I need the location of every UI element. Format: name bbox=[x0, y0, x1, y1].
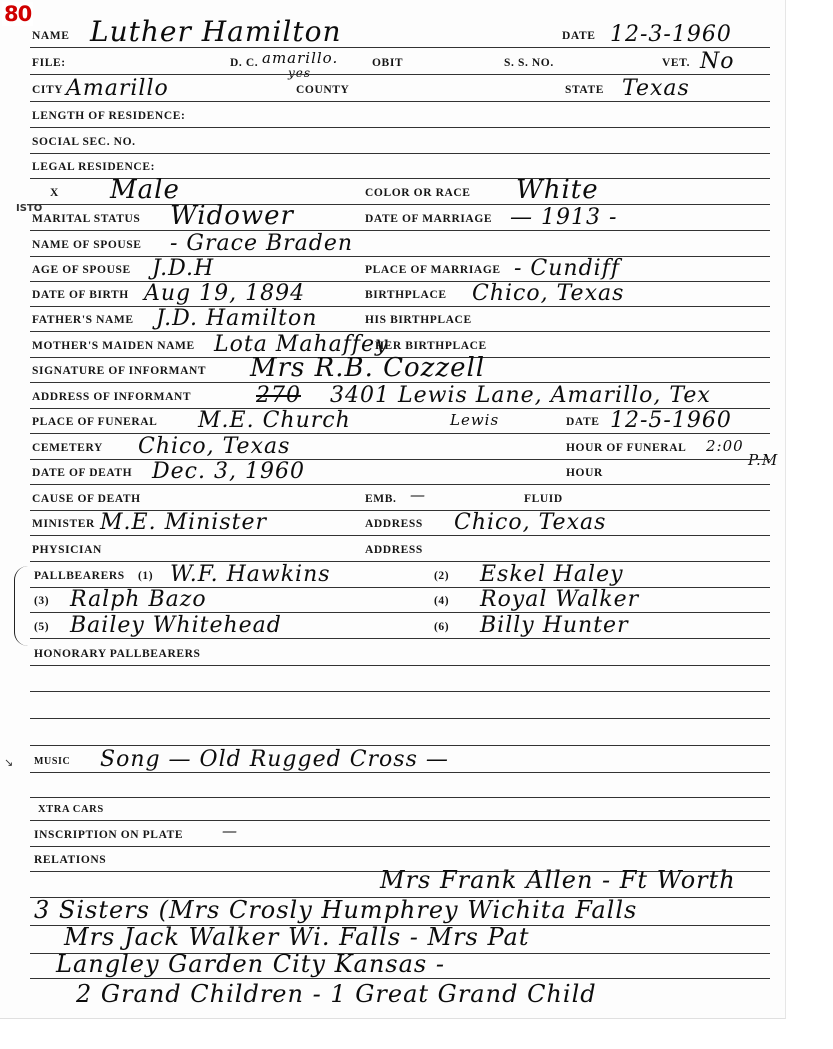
row-social-sec: SOCIAL SEC. NO. bbox=[30, 129, 770, 154]
funeral-date-label: DATE bbox=[566, 416, 600, 428]
row-name: NAME Luther Hamilton DATE 12-3-1960 bbox=[30, 23, 770, 48]
row-birth: DATE OF BIRTH Aug 19, 1894 BIRTHPLACE Ch… bbox=[30, 282, 770, 307]
divider bbox=[30, 561, 770, 562]
pallbearer-name: Ralph Bazo bbox=[70, 589, 207, 611]
marital-status-label: MARITAL STATUS bbox=[32, 213, 140, 225]
relations-text: 2 Grand Children - 1 Great Grand Child bbox=[76, 980, 597, 1008]
legal-residence-label: LEGAL RESIDENCE: bbox=[32, 161, 155, 173]
row-honorary-pallbearers: HONORARY PALLBEARERS bbox=[30, 641, 770, 666]
minister-label: MINISTER bbox=[32, 518, 95, 530]
row-extra-cars: XTRA CARS bbox=[30, 796, 770, 821]
city-value: Amarillo bbox=[66, 78, 169, 100]
divider bbox=[30, 74, 770, 75]
hour-label: HOUR bbox=[566, 467, 603, 479]
cause-of-death-label: CAUSE OF DEATH bbox=[32, 493, 141, 505]
spouse-name-value: - Grace Braden bbox=[170, 233, 353, 255]
sex-label: X bbox=[50, 187, 59, 199]
pallbearer-num: (1) bbox=[138, 570, 153, 582]
place-of-marriage-value: - Cundiff bbox=[514, 258, 620, 280]
county-label: COUNTY bbox=[296, 84, 349, 96]
pallbearer-num: (5) bbox=[34, 621, 49, 633]
pallbearers-brace bbox=[14, 566, 29, 646]
music-value: Song — Old Rugged Cross — bbox=[100, 749, 449, 771]
divider bbox=[30, 665, 770, 666]
divider bbox=[30, 230, 770, 231]
obit-label: OBIT bbox=[372, 57, 403, 69]
pallbearer-name: Eskel Haley bbox=[480, 564, 624, 586]
hour-of-funeral-value: 2:00 bbox=[706, 439, 744, 454]
pallbearer-num: (4) bbox=[434, 595, 449, 607]
relations-text: 3 Sisters (Mrs Crosly Humphrey Wichita F… bbox=[34, 896, 637, 924]
informant-address-value: 3401 Lewis Lane, Amarillo, Tex bbox=[330, 385, 711, 407]
pallbearer-name: Billy Hunter bbox=[480, 615, 629, 637]
relations-text: Mrs Jack Walker Wi. Falls - Mrs Pat bbox=[64, 923, 530, 951]
page-number: 80 bbox=[2, 2, 33, 26]
row-pallbearers-1: PALLBEARERS (1) W.F. Hawkins (2) Eskel H… bbox=[30, 563, 770, 588]
date-of-birth-label: DATE OF BIRTH bbox=[32, 289, 129, 301]
color-race-label: COLOR OR RACE bbox=[365, 187, 471, 199]
marital-status-value: Widower bbox=[170, 203, 294, 229]
extra-cars-label: XTRA CARS bbox=[38, 804, 104, 815]
informant-signature-label: SIGNATURE OF INFORMANT bbox=[32, 365, 206, 377]
date-value: 12-3-1960 bbox=[610, 24, 732, 46]
music-label: MUSIC bbox=[34, 756, 70, 767]
minister-value: M.E. Minister bbox=[100, 512, 267, 534]
row-pallbearers-3: (5) Bailey Whitehead (6) Billy Hunter bbox=[30, 614, 770, 639]
length-of-residence-label: LENGTH OF RESIDENCE: bbox=[32, 110, 185, 122]
row-cause: CAUSE OF DEATH EMB. — FLUID bbox=[30, 486, 770, 511]
ss-no-label: S. S. NO. bbox=[504, 57, 554, 69]
date-of-death-label: DATE OF DEATH bbox=[32, 467, 132, 479]
funeral-record-card: 80 NAME Luther Hamilton DATE 12-3-1960 F… bbox=[0, 0, 786, 1019]
informant-address-struck: 270 bbox=[256, 385, 301, 407]
row-inscription: INSCRIPTION ON PLATE — bbox=[30, 822, 770, 847]
divider bbox=[30, 47, 770, 48]
divider bbox=[30, 127, 770, 128]
sex-value: Male bbox=[110, 177, 180, 203]
father-name-label: FATHER'S NAME bbox=[32, 314, 134, 326]
date-of-marriage-label: DATE OF MARRIAGE bbox=[365, 213, 492, 225]
divider bbox=[30, 772, 770, 773]
informant-address-label: ADDRESS OF INFORMANT bbox=[32, 391, 191, 403]
row-informant-signature: SIGNATURE OF INFORMANT Mrs R.B. Cozzell bbox=[30, 358, 770, 383]
fluid-label: FLUID bbox=[524, 493, 563, 505]
row-cemetery: CEMETERY Chico, Texas HOUR OF FUNERAL 2:… bbox=[30, 435, 770, 460]
color-race-value: White bbox=[516, 177, 599, 203]
pallbearer-name: Bailey Whitehead bbox=[70, 615, 282, 637]
row-informant-address: ADDRESS OF INFORMANT 270 3401 Lewis Lane… bbox=[30, 384, 770, 409]
blank-line bbox=[30, 691, 770, 692]
dc-value: amarillo. bbox=[262, 51, 338, 66]
relations-text: Mrs Frank Allen - Ft Worth bbox=[380, 866, 736, 894]
birthplace-value: Chico, Texas bbox=[472, 283, 624, 305]
birthplace-label: BIRTHPLACE bbox=[365, 289, 447, 301]
honorary-pallbearers-label: HONORARY PALLBEARERS bbox=[34, 648, 201, 660]
informant-signature-value: Mrs R.B. Cozzell bbox=[250, 355, 485, 381]
physician-label: PHYSICIAN bbox=[32, 544, 102, 556]
divider bbox=[30, 484, 770, 485]
divider bbox=[30, 638, 770, 639]
state-label: STATE bbox=[565, 84, 604, 96]
row-physician: PHYSICIAN ADDRESS bbox=[30, 537, 770, 562]
funeral-date-value: 12-5-1960 bbox=[610, 410, 732, 432]
row-father: FATHER'S NAME J.D. Hamilton HIS BIRTHPLA… bbox=[30, 307, 770, 332]
pallbearer-num: (6) bbox=[434, 621, 449, 633]
inscription-value: — bbox=[222, 824, 238, 839]
date-label: DATE bbox=[562, 30, 596, 42]
row-sex: X Male COLOR OR RACE White bbox=[30, 180, 770, 205]
row-length-of-residence: LENGTH OF RESIDENCE: bbox=[30, 103, 770, 128]
place-of-funeral-value: M.E. Church bbox=[198, 410, 351, 432]
emb-value: — bbox=[410, 488, 426, 503]
divider bbox=[30, 204, 770, 205]
pallbearers-label: PALLBEARERS bbox=[34, 570, 125, 582]
row-minister: MINISTER M.E. Minister ADDRESS Chico, Te… bbox=[30, 511, 770, 536]
relations-text: Langley Garden City Kansas - bbox=[56, 950, 445, 978]
date-of-marriage-value: — 1913 - bbox=[510, 207, 617, 229]
mother-name-label: MOTHER'S MAIDEN NAME bbox=[32, 340, 195, 352]
state-value: Texas bbox=[622, 78, 690, 100]
hour-of-funeral-label: HOUR OF FUNERAL bbox=[566, 442, 686, 454]
relations-label: RELATIONS bbox=[34, 854, 106, 866]
pallbearer-num: (2) bbox=[434, 570, 449, 582]
name-value: Luther Hamilton bbox=[90, 18, 341, 46]
father-name-value: J.D. Hamilton bbox=[156, 308, 317, 330]
social-sec-label: SOCIAL SEC. NO. bbox=[32, 136, 136, 148]
spouse-age-value: J.D.H bbox=[152, 258, 214, 280]
minister-address-label: ADDRESS bbox=[365, 518, 423, 530]
place-of-marriage-label: PLACE OF MARRIAGE bbox=[365, 264, 501, 276]
row-spouse: NAME OF SPOUSE - Grace Braden bbox=[30, 232, 770, 257]
pallbearer-name: W.F. Hawkins bbox=[170, 564, 331, 586]
physician-address-label: ADDRESS bbox=[365, 544, 423, 556]
her-birthplace-label: HER BIRTHPLACE bbox=[375, 340, 487, 352]
divider bbox=[30, 331, 770, 332]
cemetery-label: CEMETERY bbox=[32, 442, 103, 454]
inscription-label: INSCRIPTION ON PLATE bbox=[34, 829, 183, 841]
name-label: NAME bbox=[32, 30, 70, 42]
vet-value: No bbox=[700, 51, 735, 73]
blank-line bbox=[30, 745, 770, 746]
row-death: DATE OF DEATH Dec. 3, 1960 HOUR bbox=[30, 460, 770, 485]
row-music: MUSIC Song — Old Rugged Cross — bbox=[30, 748, 770, 773]
pallbearer-name: Royal Walker bbox=[480, 589, 639, 611]
minister-address-value: Chico, Texas bbox=[454, 512, 606, 534]
divider bbox=[30, 101, 770, 102]
place-of-funeral-note: Lewis bbox=[450, 413, 499, 428]
row-spouse-age: AGE OF SPOUSE J.D.H PLACE OF MARRIAGE - … bbox=[30, 257, 770, 282]
spouse-age-label: AGE OF SPOUSE bbox=[32, 264, 131, 276]
pallbearer-num: (3) bbox=[34, 595, 49, 607]
row-marital: MARITAL STATUS Widower DATE OF MARRIAGE … bbox=[30, 206, 770, 231]
row-pallbearers-2: (3) Ralph Bazo (4) Royal Walker bbox=[30, 588, 770, 613]
margin-check-mark: ↘ bbox=[4, 756, 13, 769]
row-file: FILE: D. C. amarillo. yes OBIT S. S. NO.… bbox=[30, 50, 770, 75]
relations-line bbox=[30, 978, 770, 979]
date-of-death-value: Dec. 3, 1960 bbox=[152, 461, 305, 483]
cemetery-value: Chico, Texas bbox=[138, 436, 290, 458]
blank-line bbox=[30, 718, 770, 719]
spouse-name-label: NAME OF SPOUSE bbox=[32, 239, 142, 251]
his-birthplace-label: HIS BIRTHPLACE bbox=[365, 314, 472, 326]
divider bbox=[30, 535, 770, 536]
file-label: FILE: bbox=[32, 57, 66, 69]
date-of-birth-value: Aug 19, 1894 bbox=[144, 283, 305, 305]
emb-label: EMB. bbox=[365, 493, 396, 505]
divider bbox=[30, 820, 770, 821]
city-label: CITY bbox=[32, 84, 63, 96]
dc-label: D. C. bbox=[230, 57, 258, 69]
row-funeral-place: PLACE OF FUNERAL M.E. Church Lewis DATE … bbox=[30, 409, 770, 434]
row-city: CITY Amarillo COUNTY STATE Texas bbox=[30, 77, 770, 102]
vet-label: VET. bbox=[662, 57, 690, 69]
place-of-funeral-label: PLACE OF FUNERAL bbox=[32, 416, 157, 428]
